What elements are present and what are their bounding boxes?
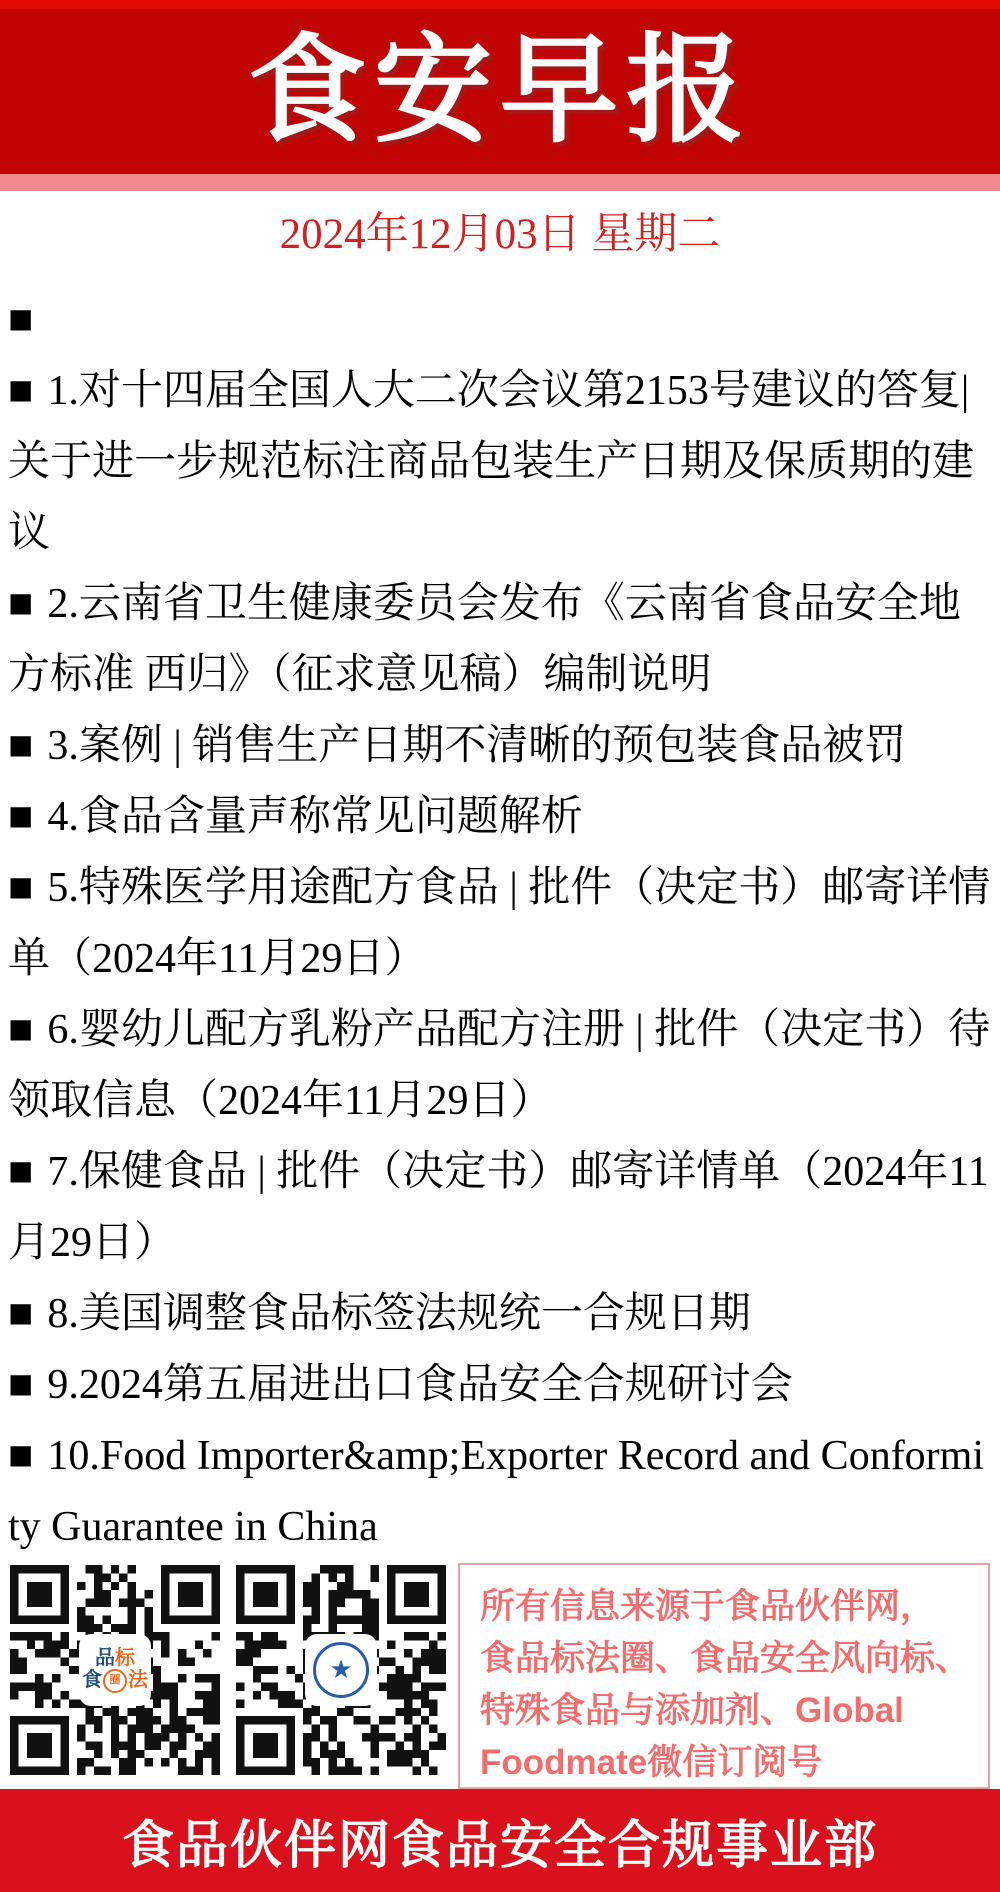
list-item: ■8.美国调整食品标签法规统一合规日期 <box>8 1279 992 1350</box>
bullet-square-icon: ■ <box>8 1433 33 1479</box>
bullet-square-icon: ■ <box>8 1362 33 1408</box>
list-item-text: 3.案例 | 销售生产日期不清晰的预包装食品被罚 <box>47 723 906 769</box>
notice-line: Foodmate微信订阅号 <box>480 1737 968 1789</box>
page-title: 食安早报 <box>248 32 752 150</box>
list-item: ■4.食品含量声称常见问题解析 <box>8 782 992 853</box>
list-item-text: 10.Food Importer&amp;Exporter Record and… <box>8 1433 984 1550</box>
footer-department-name: 食品伙伴网食品安全合规事业部 <box>122 1803 878 1878</box>
list-item-text: 7.保健食品 | 批件（决定书）邮寄详情单（2024年11月29日） <box>8 1149 989 1266</box>
list-item-text: 2.云南省卫生健康委员会发布《云南省食品安全地方标准 西归》（征求意见稿）编制说… <box>8 581 961 698</box>
list-item: ■7.保健食品 | 批件（决定书）邮寄详情单（2024年11月29日） <box>8 1137 992 1279</box>
list-item-text: 8.美国调整食品标签法规统一合规日期 <box>47 1291 751 1337</box>
header-banner: 食安早报 <box>0 9 1000 174</box>
list-item: ■6.婴幼儿配方乳粉产品配方注册 | 批件（决定书）待领取信息（2024年11月… <box>8 995 992 1137</box>
foodmate-emblem-logo: ★ <box>307 1636 375 1704</box>
biaofaquan-qr-code: 品标 食圈法 <box>10 1565 220 1775</box>
foodmate-emblem-icon: ★ <box>313 1642 369 1698</box>
list-item-text: 9.2024第五届进出口食品安全合规研讨会 <box>47 1362 793 1408</box>
list-item: ■ <box>8 285 992 356</box>
bullet-square-icon: ■ <box>8 1149 33 1195</box>
logo-char: 品 <box>95 1648 115 1669</box>
biaofaquan-logo: 品标 食圈法 <box>81 1636 149 1704</box>
bullet-square-icon: ■ <box>8 723 33 769</box>
report-date: 2024年12月03日 星期二 <box>0 211 1000 259</box>
list-item: ■3.案例 | 销售生产日期不清晰的预包装食品被罚 <box>8 711 992 782</box>
logo-char: 标 <box>115 1648 135 1669</box>
notice-line: 所有信息来源于食品伙伴网， <box>480 1581 968 1633</box>
list-item-text: 4.食品含量声称常见问题解析 <box>47 794 583 840</box>
bullet-square-icon: ■ <box>8 1291 33 1337</box>
morning-report-poster: 食安早报 2024年12月03日 星期二 ■ ■1.对十四届全国人大二次会议第2… <box>0 0 1000 1892</box>
list-item: ■1.对十四届全国人大二次会议第2153号建议的答复|关于进一步规范标注商品包装… <box>8 356 992 569</box>
list-item: ■2.云南省卫生健康委员会发布《云南省食品安全地方标准 西归》（征求意见稿）编制… <box>8 569 992 711</box>
list-item-text: 5.特殊医学用途配方食品 | 批件（决定书）邮寄详情单（2024年11月29日） <box>8 865 990 982</box>
notice-line: 特殊食品与添加剂、Global <box>480 1685 968 1737</box>
top-red-stripe <box>0 0 1000 9</box>
bullet-square-icon: ■ <box>8 794 33 840</box>
bullet-square-icon: ■ <box>8 581 33 627</box>
source-notice-box: 所有信息来源于食品伙伴网， 食品标法圈、食品安全风向标、 特殊食品与添加剂、Gl… <box>458 1563 990 1789</box>
list-item: ■9.2024第五届进出口食品安全合规研讨会 <box>8 1350 992 1421</box>
logo-char: 食 <box>82 1670 102 1691</box>
bullet-square-icon: ■ <box>8 1007 33 1053</box>
bullet-square-icon: ■ <box>8 368 33 414</box>
logo-ring-char: 圈 <box>103 1669 127 1693</box>
bullet-square-icon: ■ <box>8 297 33 343</box>
foodmate-qr-code: ★ <box>236 1565 446 1775</box>
logo-char: 法 <box>128 1670 148 1691</box>
list-item: ■5.特殊医学用途配方食品 | 批件（决定书）邮寄详情单（2024年11月29日… <box>8 853 992 995</box>
bottom-section: 品标 食圈法 ★ 所有信息来源于食品伙伴网， 食品标法圈、食品安全风向标、 特殊… <box>0 1563 1000 1790</box>
notice-line: 食品标法圈、食品安全风向标、 <box>480 1633 968 1685</box>
list-item: ■10.Food Importer&amp;Exporter Record an… <box>8 1421 992 1563</box>
pink-divider-stripe <box>0 174 1000 191</box>
list-item-text: 1.对十四届全国人大二次会议第2153号建议的答复|关于进一步规范标注商品包装生… <box>8 368 974 556</box>
list-item-text: 6.婴幼儿配方乳粉产品配方注册 | 批件（决定书）待领取信息（2024年11月2… <box>8 1007 990 1124</box>
bullet-square-icon: ■ <box>8 865 33 911</box>
news-list: ■ ■1.对十四届全国人大二次会议第2153号建议的答复|关于进一步规范标注商品… <box>0 285 1000 1563</box>
footer-bar: 食品伙伴网食品安全合规事业部 <box>0 1789 1000 1892</box>
qr-code-group: 品标 食圈法 ★ <box>10 1565 446 1775</box>
